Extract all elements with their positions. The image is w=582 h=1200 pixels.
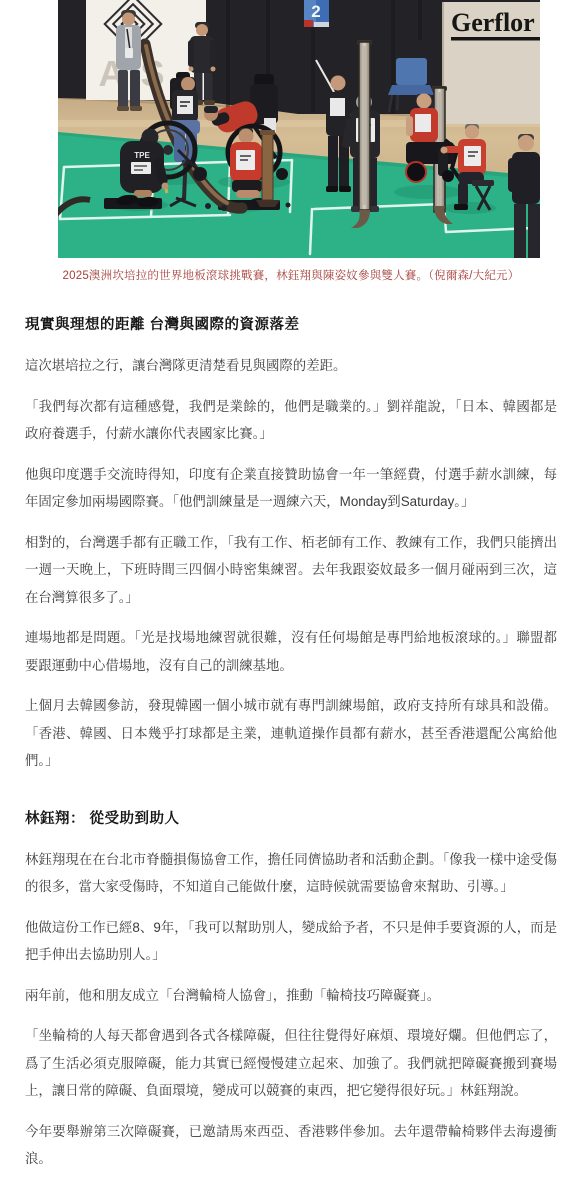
paragraph: 連場地都是問題。「光是找場地練習就很難，沒有任何場館是專門給地板滾球的。」聯盟都… (25, 624, 557, 679)
tpe-bib-text: TPE (134, 151, 150, 160)
gerflor-banner: Gerflor (443, 2, 540, 124)
paragraph: 「坐輪椅的人每天都會遇到各式各樣障礙，但往往覺得好麻煩、環境好爛。但他們忘了，爲… (25, 1022, 557, 1105)
paragraph: 他與印度選手交流時得知，印度有企業直接贊助協會一年一筆經費，付選手薪水訓練，每年… (25, 461, 557, 516)
paragraph: 「我們每次都有這種感覺，我們是業餘的，他們是職業的。」劉祥龍說，「日本、韓國都是… (25, 393, 557, 448)
section-heading-helper: 林鈺翔： 從受助到助人 (25, 807, 557, 828)
section-heading-resource-gap: 現實與理想的距離 台灣與國際的資源落差 (25, 313, 557, 334)
paragraph: 他做這份工作已經8、9年，「我可以幫助別人，變成給予者，不只是伸手要資源的人，而… (25, 914, 557, 969)
boccia-match-photo: AIS Gerflor 2 (58, 0, 540, 258)
paragraph: 兩年前，他和朋友成立「台灣輪椅人協會」，推動「輪椅技巧障礙賽」。 (25, 982, 557, 1010)
article-page: AIS Gerflor 2 (0, 0, 582, 1173)
gerflor-banner-text: Gerflor (451, 8, 535, 37)
article-body: 現實與理想的距離 台灣與國際的資源落差 這次堪培拉之行，讓台灣隊更清楚看見與國際… (0, 313, 582, 1173)
paragraph: 林鈺翔現在在台北市脊髓損傷協會工作，擔任同儕協助者和活動企劃。「像我一樣中途受傷… (25, 846, 557, 901)
article-figure: AIS Gerflor 2 (0, 0, 582, 283)
paragraph: 相對的，台灣選手都有正職工作，「我有工作、栢老師有工作、教練有工作，我們只能擠出… (25, 529, 557, 612)
photo-caption: 2025澳洲坎培拉的世界地板滾球挑戰賽，林鈺翔與陳姿妏參與雙人賽。（倪爾森/大紀… (0, 267, 582, 283)
paragraph: 這次堪培拉之行，讓台灣隊更清楚看見與國際的差距。 (25, 352, 557, 380)
court-number-sign: 2 (304, 0, 329, 27)
paragraph: 今年要舉辦第三次障礙賽，已邀請馬來西亞、香港夥伴參加。去年還帶輪椅夥伴去海邊衝浪… (25, 1118, 557, 1173)
paragraph: 上個月去韓國參訪，發現韓國一個小城市就有專門訓練場館，政府支持所有球具和設備。「… (25, 692, 557, 775)
court-number-text: 2 (311, 2, 320, 21)
